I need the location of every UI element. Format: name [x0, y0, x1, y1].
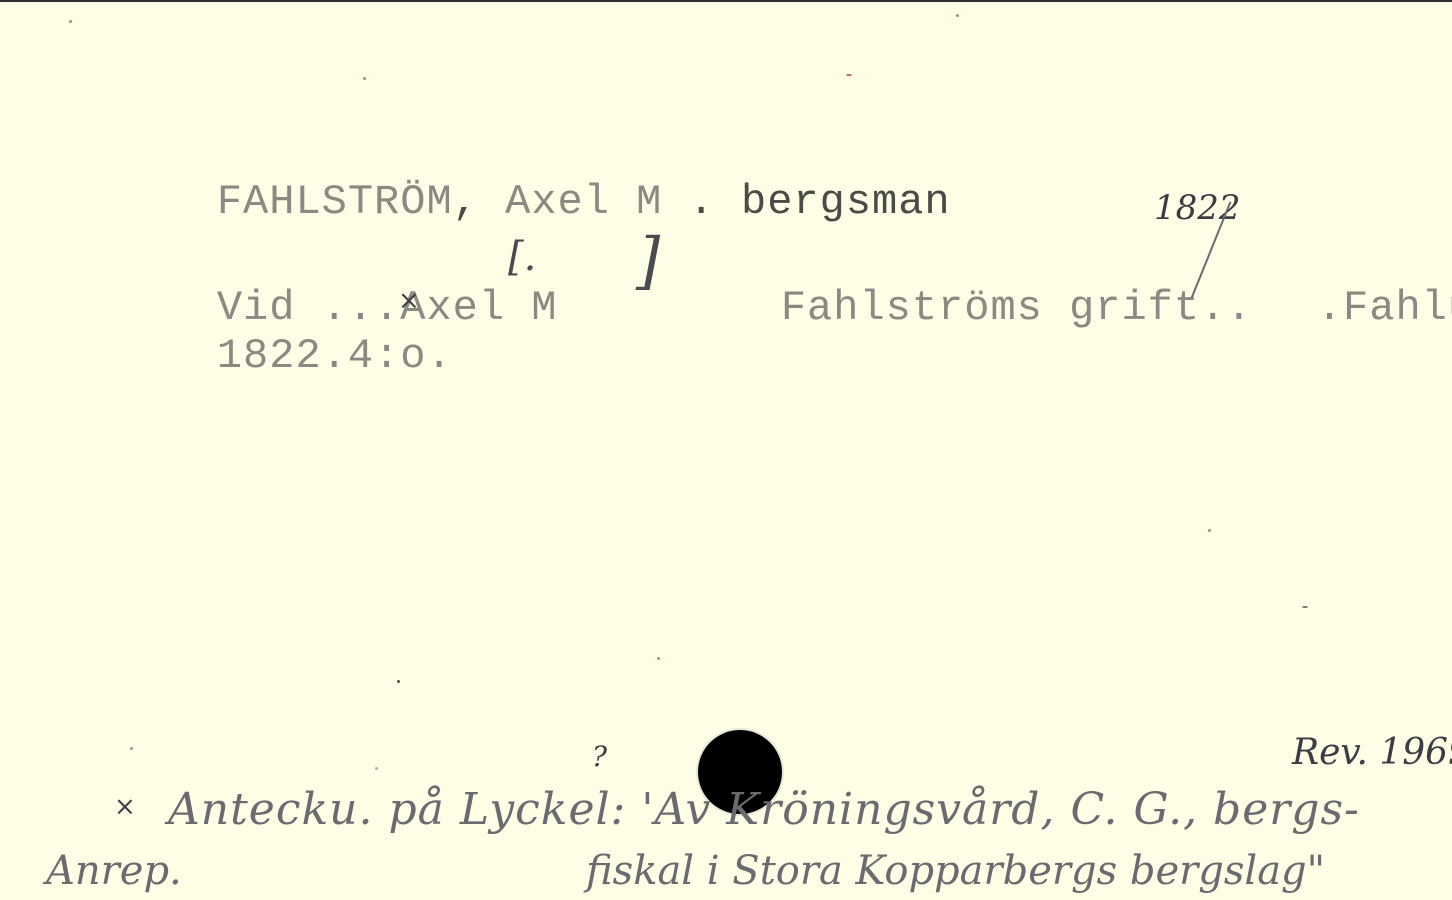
footnote-marker: × — [398, 286, 420, 316]
handwritten-note-line-1: Antecku. på Lyckel: 'Av Kröningsvård, C.… — [168, 784, 1360, 835]
paper-speck — [375, 767, 378, 770]
handwritten-note-line-2-left: Anrep. — [46, 848, 182, 894]
bracket-close: ] — [636, 224, 660, 297]
note-marker: × — [114, 792, 136, 822]
paper-speck — [657, 657, 660, 660]
handwritten-note-line-2-right: fiskal i Stora Kopparbergs bergslag" — [586, 848, 1325, 894]
question-mark: ? — [592, 740, 607, 773]
paper-speck — [1208, 529, 1211, 532]
heading-period: . — [689, 178, 715, 226]
occupation: bergsman — [741, 178, 951, 226]
surname: FAHLSTRÖM — [217, 178, 453, 226]
entry-line-1-end: .Fahlun — [1212, 236, 1452, 380]
paper-speck — [130, 747, 133, 750]
paper-speck — [363, 77, 366, 80]
paper-speck — [846, 74, 852, 76]
given-name: Axel M — [505, 178, 662, 226]
paper-speck — [1302, 606, 1308, 608]
catalog-card: FAHLSTRÖM, Axel M . bergsman Vid ...Axel… — [0, 0, 1452, 900]
revision-note: Rev. 1969 — [1292, 732, 1452, 773]
paper-speck — [956, 14, 959, 17]
bracket-open: [. — [508, 234, 536, 280]
paper-speck — [69, 20, 72, 23]
entry-line-1-middle: Fahlströms grift.. — [676, 236, 1253, 380]
heading-comma: , — [453, 178, 479, 226]
paper-speck — [397, 680, 400, 683]
